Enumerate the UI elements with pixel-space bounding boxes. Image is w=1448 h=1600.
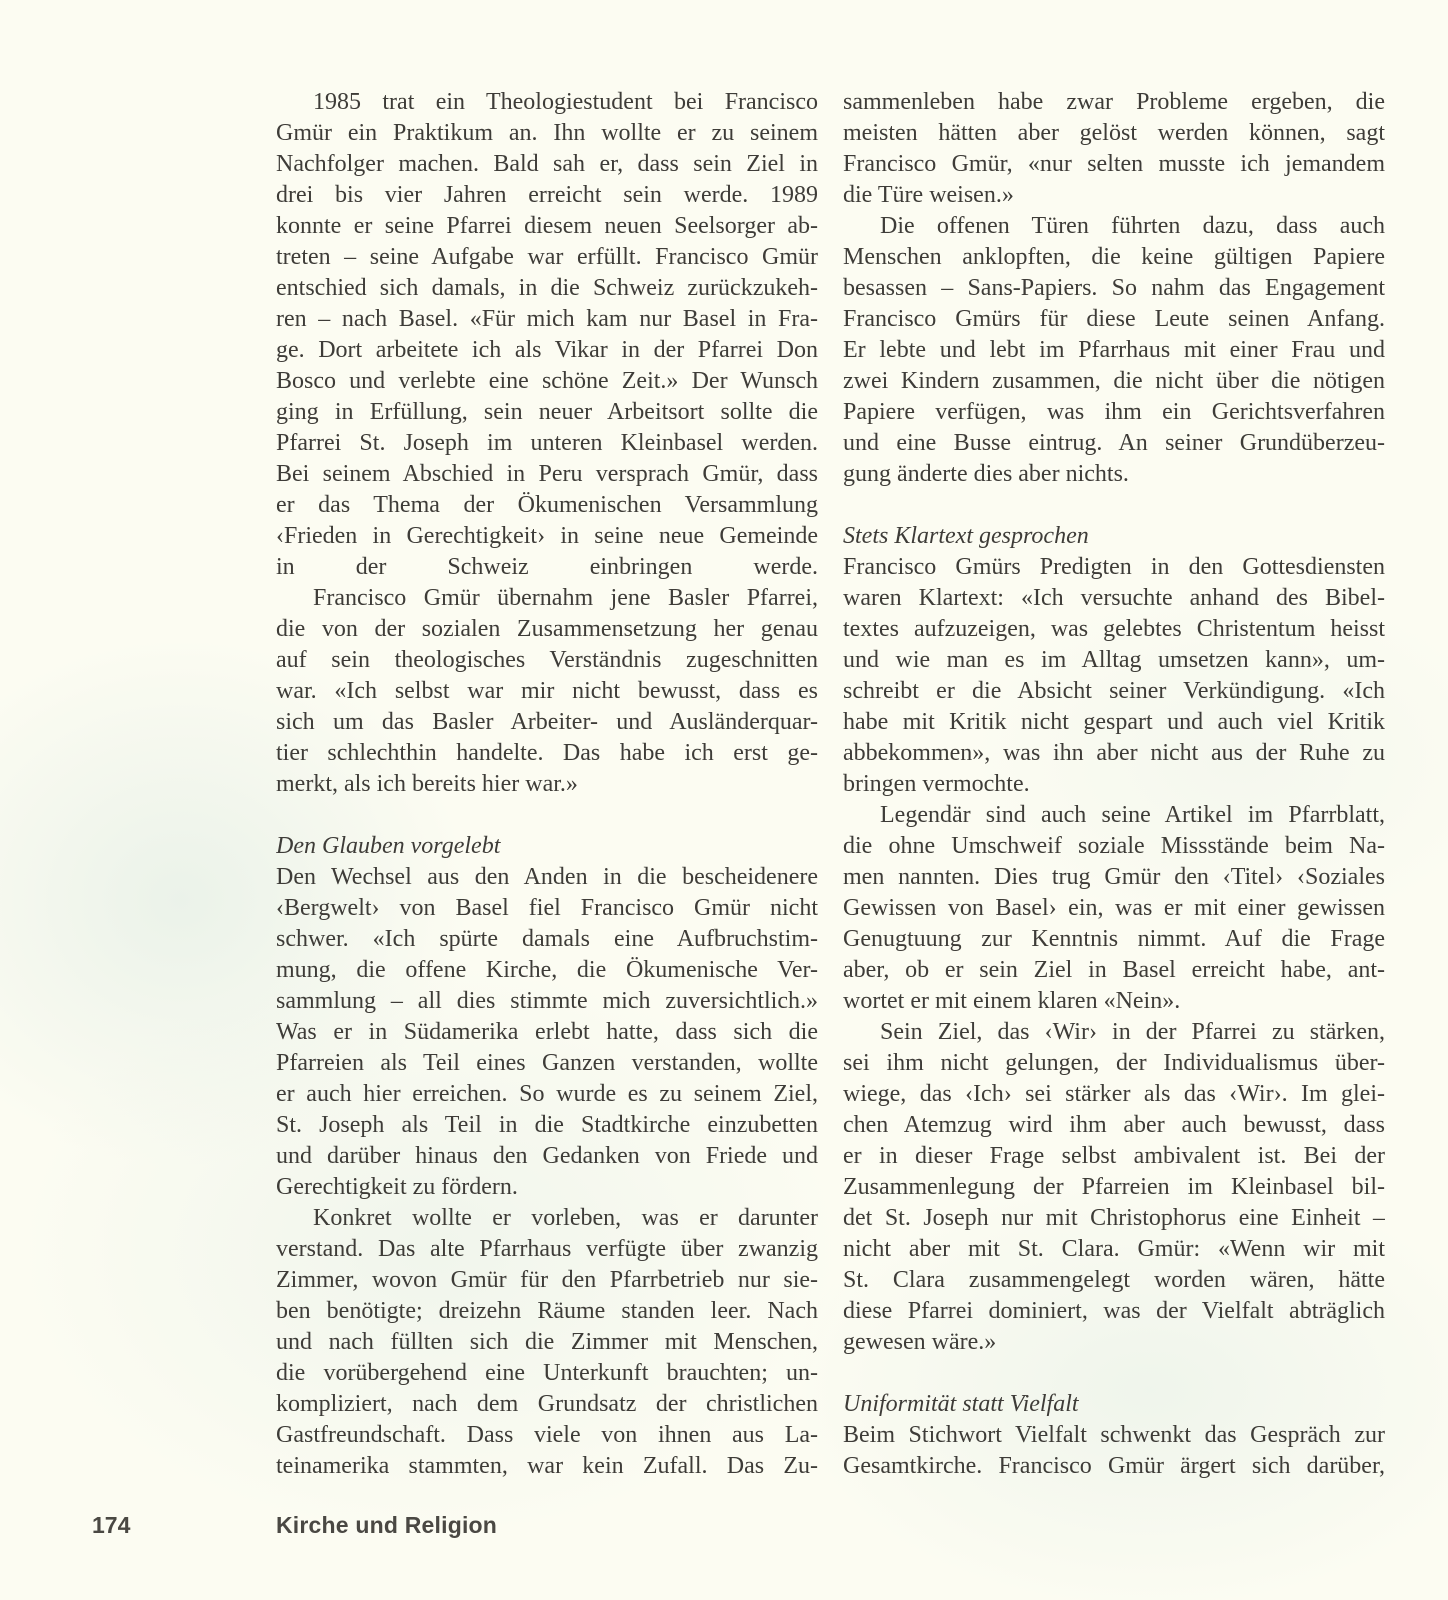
text-line: St. Clara zusammengelegt worden wären, h…	[843, 1265, 1385, 1296]
text-line: in der Schweiz einbringen werde.	[276, 552, 818, 583]
paragraph: Francisco Gmür übernahm jene Basler Pfar…	[276, 583, 818, 800]
text-line: schwer. «Ich spürte damals eine Aufbruch…	[276, 924, 818, 955]
text-line: Konkret wollte er vorleben, was er darun…	[276, 1203, 818, 1234]
section-heading: Stets Klartext gesprochen	[843, 521, 1385, 552]
text-line: merkt, als ich bereits hier war.»	[276, 769, 818, 800]
text-line: mung, die offene Kirche, die Ökumenische…	[276, 955, 818, 986]
paragraph: Sein Ziel, das ‹Wir› in der Pfarrei zu s…	[843, 1017, 1385, 1358]
text-line: Francisco Gmürs Predigten in den Gottesd…	[843, 552, 1385, 583]
paragraph: Den Wechsel aus den Anden in die beschei…	[276, 862, 818, 1203]
text-line: ben benötigte; dreizehn Räume standen le…	[276, 1296, 818, 1327]
text-line: Papiere verfügen, was ihm ein Gerichtsve…	[843, 397, 1385, 428]
text-line: konnte er seine Pfarrei diesem neuen See…	[276, 211, 818, 242]
text-line: Gerechtigkeit zu fördern.	[276, 1172, 818, 1203]
text-line: Was er in Südamerika erlebt hatte, dass …	[276, 1017, 818, 1048]
text-line: sammenleben habe zwar Probleme ergeben, …	[843, 87, 1385, 118]
text-line: und nach füllten sich die Zimmer mit Men…	[276, 1327, 818, 1358]
paragraph: Die offenen Türen führten dazu, dass auc…	[843, 211, 1385, 490]
text-line: Genugtuung zur Kenntnis nimmt. Auf die F…	[843, 924, 1385, 955]
text-line: war. «Ich selbst war mir nicht bewusst, …	[276, 676, 818, 707]
text-line: ren – nach Basel. «Für mich kam nur Base…	[276, 304, 818, 335]
text-line: schreibt er die Absicht seiner Verkündig…	[843, 676, 1385, 707]
heading-line: Uniformität statt Vielfalt	[843, 1389, 1385, 1420]
text-line: det St. Joseph nur mit Christophorus ein…	[843, 1203, 1385, 1234]
text-line: St. Joseph als Teil in die Stadtkirche e…	[276, 1110, 818, 1141]
page-number: 174	[92, 1511, 130, 1539]
paragraph: Beim Stichwort Vielfalt schwenkt das Ges…	[843, 1420, 1385, 1482]
text-line: Menschen anklopften, die keine gültigen …	[843, 242, 1385, 273]
text-line: waren Klartext: «Ich versuchte anhand de…	[843, 583, 1385, 614]
text-line: er in dieser Frage selbst ambivalent ist…	[843, 1141, 1385, 1172]
text-line: chen Atemzug wird ihm aber auch bewusst,…	[843, 1110, 1385, 1141]
text-line: sich um das Basler Arbeiter- und Ausländ…	[276, 707, 818, 738]
page-footer: 174 Kirche und Religion	[0, 1511, 1448, 1539]
text-line: Pfarrei St. Joseph im unteren Kleinbasel…	[276, 428, 818, 459]
text-line: 1985 trat ein Theologiestudent bei Franc…	[276, 87, 818, 118]
text-line: er auch hier erreichen. So wurde es zu s…	[276, 1079, 818, 1110]
text-line: Die offenen Türen führten dazu, dass auc…	[843, 211, 1385, 242]
text-line: und darüber hinaus den Gedanken von Frie…	[276, 1141, 818, 1172]
text-line: er das Thema der Ökumenischen Versammlun…	[276, 490, 818, 521]
text-line: Bosco und verlebte eine schöne Zeit.» De…	[276, 366, 818, 397]
paragraph: sammenleben habe zwar Probleme ergeben, …	[843, 87, 1385, 211]
text-line: Gastfreundschaft. Dass viele von ihnen a…	[276, 1420, 818, 1451]
paragraph: Francisco Gmürs Predigten in den Gottesd…	[843, 552, 1385, 800]
text-line: sammlung – all dies stimmte mich zuversi…	[276, 986, 818, 1017]
text-line: Sein Ziel, das ‹Wir› in der Pfarrei zu s…	[843, 1017, 1385, 1048]
text-line: ‹Bergwelt› von Basel fiel Francisco Gmür…	[276, 893, 818, 924]
right-column: sammenleben habe zwar Probleme ergeben, …	[843, 87, 1385, 1482]
text-line: aber, ob er sein Ziel in Basel erreicht …	[843, 955, 1385, 986]
text-line: diese Pfarrei dominiert, was der Vielfal…	[843, 1296, 1385, 1327]
text-line: abbekommen», was ihn aber nicht aus der …	[843, 738, 1385, 769]
text-line: die Türe weisen.»	[843, 180, 1385, 211]
paragraph: Konkret wollte er vorleben, was er darun…	[276, 1203, 818, 1482]
text-line: zwei Kindern zusammen, die nicht über di…	[843, 366, 1385, 397]
text-line: nicht aber mit St. Clara. Gmür: «Wenn wi…	[843, 1234, 1385, 1265]
text-line: meisten hätten aber gelöst werden können…	[843, 118, 1385, 149]
text-line: Gesamtkirche. Francisco Gmür ärgert sich…	[843, 1451, 1385, 1482]
heading-line: Den Glauben vorgelebt	[276, 831, 818, 862]
paragraph: Legendär sind auch seine Artikel im Pfar…	[843, 800, 1385, 1017]
text-line: und eine Busse eintrug. An seiner Grundü…	[843, 428, 1385, 459]
chapter-title: Kirche und Religion	[276, 1511, 497, 1539]
text-line: kompliziert, nach dem Grundsatz der chri…	[276, 1389, 818, 1420]
text-line: besassen – Sans-Papiers. So nahm das Eng…	[843, 273, 1385, 304]
text-line: Legendär sind auch seine Artikel im Pfar…	[843, 800, 1385, 831]
paragraph: 1985 trat ein Theologiestudent bei Franc…	[276, 87, 818, 583]
section-heading: Uniformität statt Vielfalt	[843, 1389, 1385, 1420]
book-page: 1985 trat ein Theologiestudent bei Franc…	[0, 0, 1448, 1600]
text-line: bringen vermochte.	[843, 769, 1385, 800]
text-line: Gewissen von Basel› ein, was er mit eine…	[843, 893, 1385, 924]
text-line: Beim Stichwort Vielfalt schwenkt das Ges…	[843, 1420, 1385, 1451]
text-line: teinamerika stammten, war kein Zufall. D…	[276, 1451, 818, 1482]
text-line: Francisco Gmür, «nur selten musste ich j…	[843, 149, 1385, 180]
text-line: wiege, das ‹Ich› sei stärker als das ‹Wi…	[843, 1079, 1385, 1110]
text-line: ‹Frieden in Gerechtigkeit› in seine neue…	[276, 521, 818, 552]
text-line: Er lebte und lebt im Pfarrhaus mit einer…	[843, 335, 1385, 366]
text-line: die von der sozialen Zusammensetzung her…	[276, 614, 818, 645]
text-line: habe mit Kritik nicht gespart und auch v…	[843, 707, 1385, 738]
text-line: Francisco Gmürs für diese Leute seinen A…	[843, 304, 1385, 335]
text-line: Francisco Gmür übernahm jene Basler Pfar…	[276, 583, 818, 614]
text-line: verstand. Das alte Pfarrhaus verfügte üb…	[276, 1234, 818, 1265]
text-line: entschied sich damals, in die Schweiz zu…	[276, 273, 818, 304]
text-line: Bei seinem Abschied in Peru versprach Gm…	[276, 459, 818, 490]
left-column: 1985 trat ein Theologiestudent bei Franc…	[276, 87, 818, 1482]
text-line: Nachfolger machen. Bald sah er, dass sei…	[276, 149, 818, 180]
text-line: Pfarreien als Teil eines Ganzen verstand…	[276, 1048, 818, 1079]
text-line: wortet er mit einem klaren «Nein».	[843, 986, 1385, 1017]
text-line: gewesen wäre.»	[843, 1327, 1385, 1358]
text-line: Den Wechsel aus den Anden in die beschei…	[276, 862, 818, 893]
text-line: auf sein theologisches Verständnis zuges…	[276, 645, 818, 676]
heading-line: Stets Klartext gesprochen	[843, 521, 1385, 552]
text-line: Gmür ein Praktikum an. Ihn wollte er zu …	[276, 118, 818, 149]
text-line: die vorübergehend eine Unterkunft brauch…	[276, 1358, 818, 1389]
text-line: Zimmer, wovon Gmür für den Pfarrbetrieb …	[276, 1265, 818, 1296]
text-line: tier schlechthin handelte. Das habe ich …	[276, 738, 818, 769]
text-line: ging in Erfüllung, sein neuer Arbeitsort…	[276, 397, 818, 428]
text-line: gung änderte dies aber nichts.	[843, 459, 1385, 490]
text-line: die ohne Umschweif soziale Missstände be…	[843, 831, 1385, 862]
text-line: ge. Dort arbeitete ich als Vikar in der …	[276, 335, 818, 366]
text-line: men nannten. Dies trug Gmür den ‹Titel› …	[843, 862, 1385, 893]
text-line: Zusammenlegung der Pfarreien im Kleinbas…	[843, 1172, 1385, 1203]
section-heading: Den Glauben vorgelebt	[276, 831, 818, 862]
text-line: drei bis vier Jahren erreicht sein werde…	[276, 180, 818, 211]
text-line: textes aufzuzeigen, was gelebtes Christe…	[843, 614, 1385, 645]
text-line: sei ihm nicht gelungen, der Individualis…	[843, 1048, 1385, 1079]
text-line: treten – seine Aufgabe war erfüllt. Fran…	[276, 242, 818, 273]
text-line: und wie man es im Alltag umsetzen kann»,…	[843, 645, 1385, 676]
